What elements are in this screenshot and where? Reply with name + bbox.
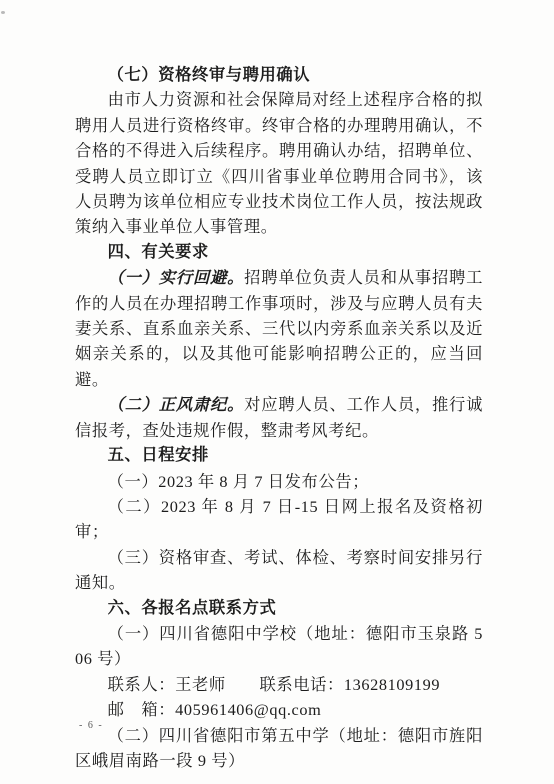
contact-site-deyang-middle-school: （一）四川省德阳中学校（地址：德阳市玉泉路 506 号） xyxy=(75,621,483,672)
document-page: （七）资格终审与聘用确认 由市人力资源和社会保障局对经上述程序合格的拟聘用人员进… xyxy=(0,0,554,784)
paragraph-discipline: （二）正风肃纪。对应聘人员、工作人员，推行诚信报考，查处违规作假，整肃考风考纪。 xyxy=(75,392,483,443)
heading-qualification-final-review: （七）资格终审与聘用确认 xyxy=(75,62,483,87)
schedule-item-review-exam: （三）资格审查、考试、体检、考察时间安排另行通知。 xyxy=(75,545,483,596)
scan-artifact xyxy=(1,11,5,14)
page-number: - 6 - xyxy=(79,720,103,731)
contact-person-phone-line: 联系人：王老师 联系电话：13628109199 xyxy=(75,672,483,697)
heading-requirements: 四、有关要求 xyxy=(75,240,483,265)
paragraph-recusal-lead: （一）实行回避。 xyxy=(108,268,245,287)
schedule-item-announcement: （一）2023 年 8 月 7 日发布公告； xyxy=(75,469,483,494)
heading-contact-info: 六、各报名点联系方式 xyxy=(75,596,483,621)
heading-schedule: 五、日程安排 xyxy=(75,443,483,468)
paragraph-final-review-body: 由市人力资源和社会保障局对经上述程序合格的拟聘用人员进行资格终审。终审合格的办理… xyxy=(75,87,483,239)
contact-site-fifth-middle-school: （二）四川省德阳市第五中学（地址：德阳市旌阳区峨眉南路一段 9 号） xyxy=(75,723,483,774)
schedule-item-registration: （二）2023 年 8 月 7 日-15 日网上报名及资格初审； xyxy=(75,494,483,545)
paragraph-recusal: （一）实行回避。招聘单位负责人员和从事招聘工作的人员在办理招聘工作事项时，涉及与… xyxy=(75,265,483,392)
paragraph-discipline-lead: （二）正风肃纪。 xyxy=(108,395,245,414)
document-body: （七）资格终审与聘用确认 由市人力资源和社会保障局对经上述程序合格的拟聘用人员进… xyxy=(75,62,483,773)
contact-email-line: 邮 箱：405961406@qq.com xyxy=(75,697,483,722)
